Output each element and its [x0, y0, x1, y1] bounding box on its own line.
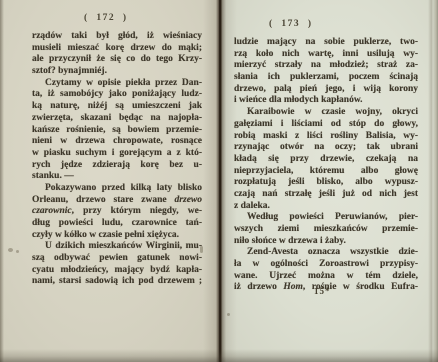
text-line: w piasku suchym i gorejącym a z któ- [32, 148, 202, 160]
text-line: mierzyć strzały na młodzież; straż za- [234, 60, 418, 72]
paper-speck [8, 248, 13, 252]
text-line: Pokazywano przed kilką laty blisko [32, 183, 202, 195]
text-line: ale przyczynił że się co do tego Krzy- [32, 54, 202, 66]
text-line: gałęziami i liściami od stóp do głowy, [234, 119, 418, 131]
text-line: drzewo, palą pień jego, i wiją korony [234, 84, 418, 96]
text-line: ludzie mający na sobie puklerze, two- [234, 37, 418, 49]
text-line: rozpłatują jeśli blisko, albo wypusz- [234, 177, 418, 189]
text-line: wane. Ujrzeć można w tém dziele, [234, 271, 418, 283]
text-line: nieprzyjaciela, któremu albo głowę [234, 166, 418, 178]
text-line: szą odbywać pewien gatunek nowi- [32, 253, 202, 265]
text-line: U dzikich mieszkańców Wirginii, mu- [32, 241, 202, 253]
text-line: kańsze rośnienie, są bowiem przemie- [32, 125, 202, 137]
text-line: Według powieści Peruwianów, pier- [234, 212, 418, 224]
text-line: zwierzęta, skazani będąc na najopła- [32, 113, 202, 125]
bottom-edge-shadow [0, 349, 438, 362]
text-line: z daleka. [234, 201, 418, 213]
text-line: cyatu młodzieńcy, mający bydź kapła- [32, 265, 202, 277]
text-line: rzynając otwór na oczy; tak ubrani [234, 142, 418, 154]
text-line: sztof? bynajmniéj. [32, 66, 202, 78]
text-line: dług powieści ludu, czarownice tań- [32, 218, 202, 230]
page-right: ( 173 ) ludzie mający na sobie puklerze,… [219, 0, 438, 362]
page-number-left: ( 172 ) [84, 13, 128, 23]
text-line: rzą koło nich wartę, inni usilują wy- [234, 49, 418, 61]
text-line: czyły w kółko w czasie pełni xiężyca. [32, 230, 202, 242]
book-scan: ( 172 ) rządów taki był głód, iż wieśnia… [0, 0, 438, 362]
paper-speck [227, 313, 230, 316]
page-number-right: ( 173 ) [269, 19, 313, 29]
text-line: robią maski z liści rośliny Balisia, wy- [234, 131, 418, 143]
text-line: czają nań strzałę jeśli już od nich jest [234, 189, 418, 201]
text-line: ła w ogólności Zoroastrowi przypisy- [234, 259, 418, 271]
text-line: Orleanu, drzewo stare zwane drzewo [32, 195, 202, 207]
text-line: Zend-Avesta oznacza wszystkie dzie- [234, 247, 418, 259]
page-left: ( 172 ) rządów taki był głód, iż wieśnia… [0, 0, 219, 362]
paper-speck [200, 246, 203, 253]
text-line: stanku. — [32, 171, 202, 183]
text-line: wszych ziemi mieszkańców przemie- [234, 224, 418, 236]
text-line: rych jędze zdzierają korę bez u- [32, 160, 202, 172]
text-line: Czytamy w opisie piekła przez Dan- [32, 78, 202, 90]
text-line: słania ich puklerzami, poczem ścinają [234, 72, 418, 84]
text-line: kładą się przy drzewie, czekają na [234, 154, 418, 166]
left-edge-shadow [0, 0, 4, 362]
text-line: i wieńce dla młodych kapłanów. [234, 95, 418, 107]
right-page-edge [428, 0, 438, 362]
text-line: czarownic, przy którym niegdy, we- [32, 206, 202, 218]
text-line: ta, iż samobójcy jako poniżający ludz- [32, 89, 202, 101]
text-column-right: ludzie mający na sobie puklerze, two-rzą… [234, 37, 418, 294]
paper-speck [16, 250, 19, 253]
text-line: rządów taki był głód, iż wieśniacy [32, 31, 202, 43]
text-line: Karaibowie w czasie wojny, okryci [234, 107, 418, 119]
text-line: nami, starsi sadowią ich pod drzewem ; [32, 276, 202, 288]
text-line: ką naturę, niżéj są umieszczeni jak [32, 101, 202, 113]
text-line: nieni w drzewa chropowate, rosnące [32, 136, 202, 148]
signature-mark: 15* [314, 286, 331, 296]
text-column-left: rządów taki był głód, iż wieśniacymusiel… [32, 31, 202, 288]
text-line: musieli mieszać korę drzew do mąki; [32, 43, 202, 55]
text-line: niło słońce w drzewa i żaby. [234, 236, 418, 248]
